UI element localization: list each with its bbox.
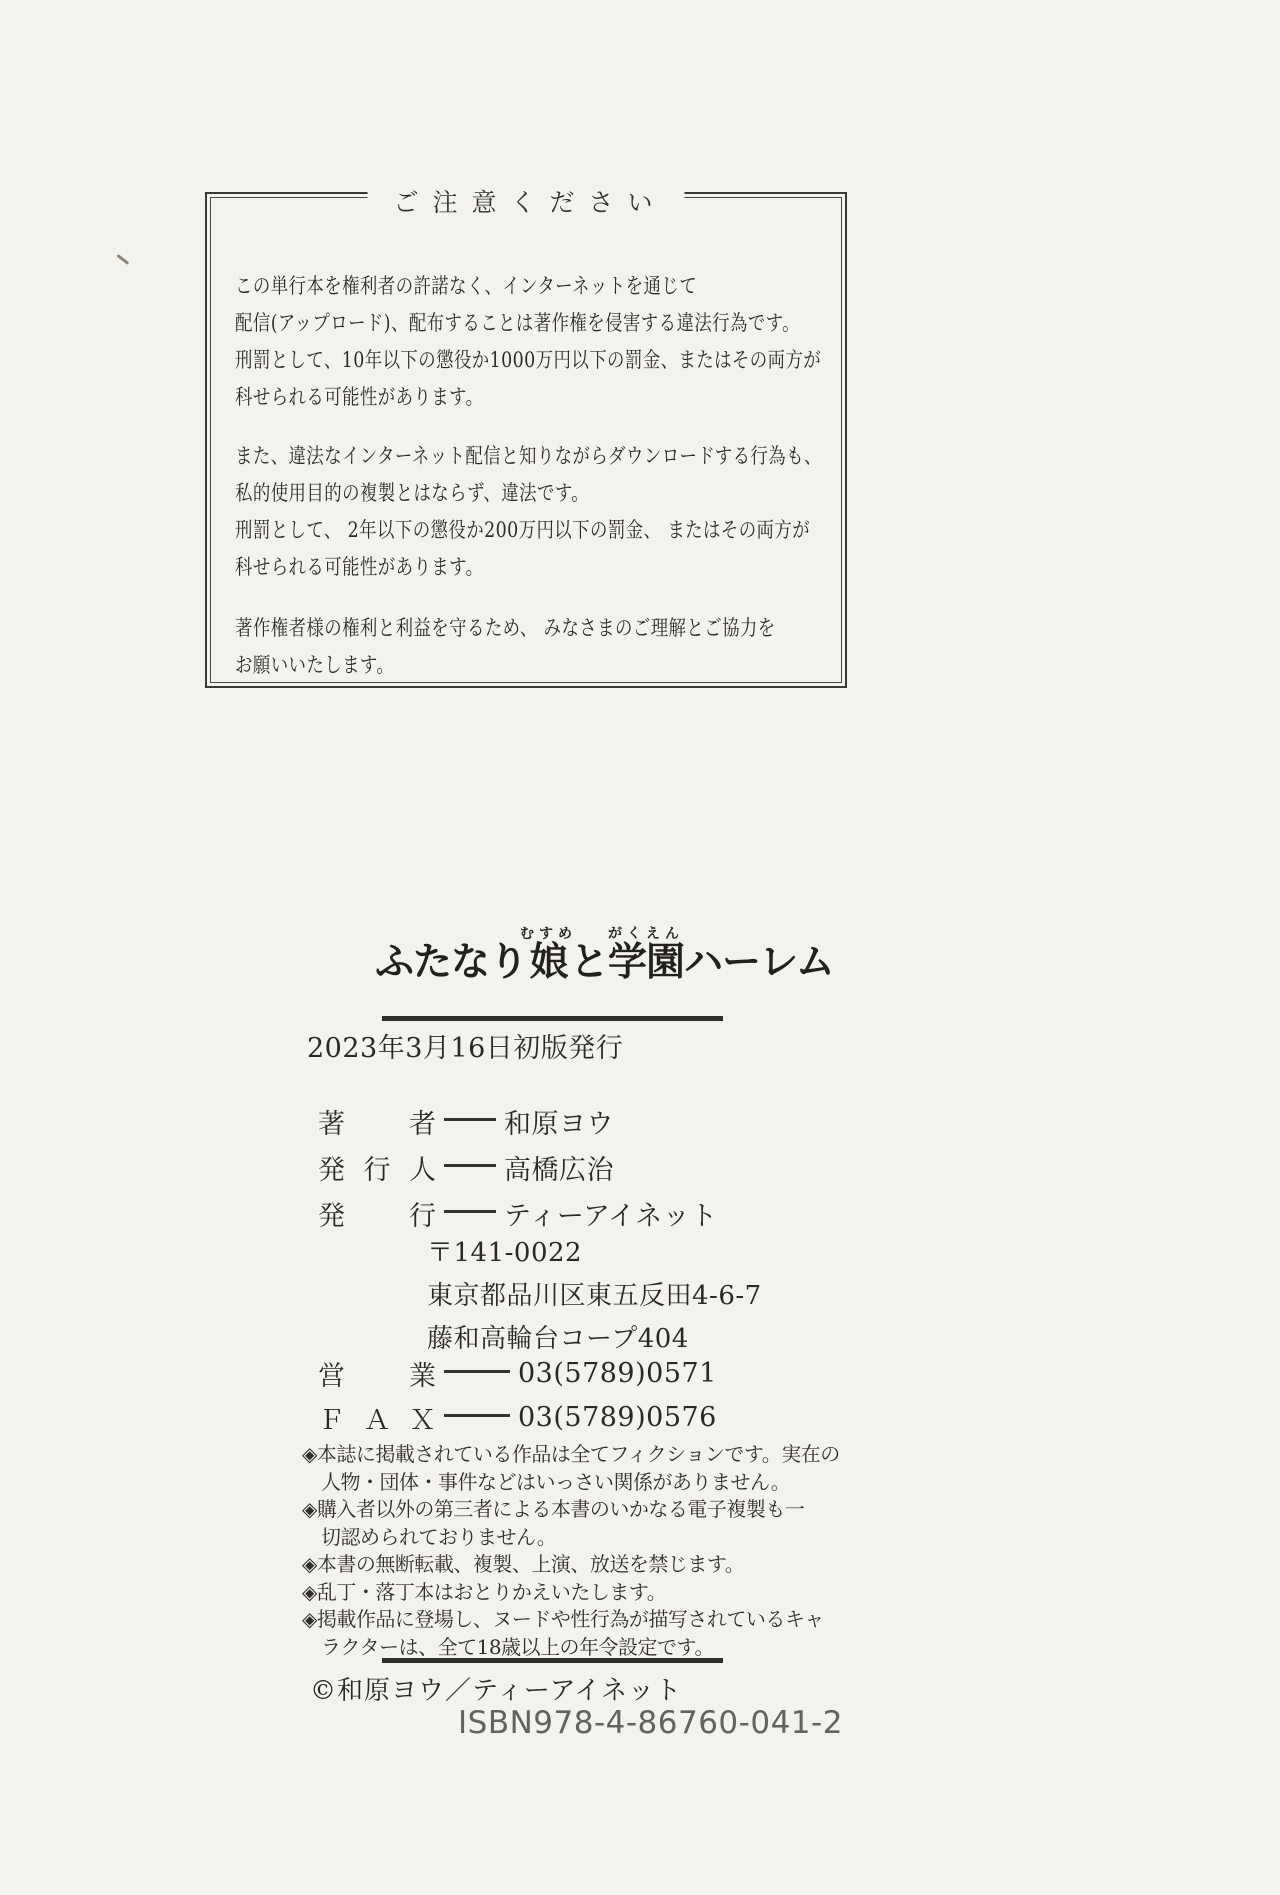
row-label: 営 業	[318, 1354, 436, 1393]
note-line: ◈購入者以外の第三者による本書のいかなる電子複製も一	[302, 1496, 840, 1524]
warning-paragraph-1: この単行本を権利者の許諾なく、インターネットを通じて 配信(アップロード)、配布…	[235, 268, 820, 416]
warning-line: 配信(アップロード)、配布することは著作権を侵害する違法行為です。	[235, 305, 820, 342]
warning-line: お願いいたします。	[235, 647, 820, 684]
title-segment-ruby: 娘むすめ	[527, 939, 570, 985]
title-divider-rule	[382, 1016, 723, 1021]
title-segment: ハーレム	[684, 939, 834, 985]
row-connector-line	[444, 1210, 496, 1213]
edition-date: 2023年3月16日初版発行	[307, 1026, 623, 1065]
warning-line: 科せられる可能性があります。	[235, 379, 820, 416]
copyright-line: ©和原ヨウ／ティーアイネット	[310, 1670, 682, 1707]
publisher-address: 〒141-0022 東京都品川区東五反田4-6-7 藤和高輪台コープ404	[427, 1232, 762, 1361]
colophon-row-publisher-person: 発行人高橋広治	[318, 1148, 718, 1194]
note-line: ◈掲載作品に登場し、ヌードや性行為が描写されているキャ	[302, 1606, 840, 1634]
note-line: 人物・団体・事件などはいっさい関係がありません。	[321, 1469, 840, 1497]
colophon-info-rows: 著 者和原ヨウ 発行人高橋広治 発 行ティーアイネット	[318, 1102, 718, 1240]
colophon-contact-rows: 営 業03(5789)0571 ＦＡＸ03(5789)0576	[318, 1354, 717, 1442]
warning-line: 私的使用目的の複製とはならず、違法です。	[235, 475, 820, 512]
footer-divider-rule	[382, 1658, 723, 1663]
postal-code: 〒141-0022	[427, 1232, 762, 1275]
row-connector-line	[444, 1164, 496, 1167]
row-label: 発 行	[318, 1194, 436, 1233]
warning-line: 科せられる可能性があります。	[235, 549, 820, 586]
furigana: がくえん	[608, 926, 684, 942]
title-segment-ruby: 学園がくえん	[608, 939, 684, 985]
warning-line: 刑罰として、10年以下の懲役か1000万円以下の罰金、またはその両方が	[235, 342, 820, 379]
warning-heading: ご注意ください	[367, 183, 684, 219]
title-segment: と	[570, 939, 608, 985]
warning-content: この単行本を権利者の許諾なく、インターネットを通じて 配信(アップロード)、配布…	[235, 268, 820, 684]
warning-line: また、違法なインターネット配信と知りながらダウンロードする行為も、	[235, 438, 820, 475]
row-value: 高橋広治	[504, 1155, 614, 1186]
colophon-row-sales: 営 業03(5789)0571	[318, 1354, 717, 1398]
address-line-1: 東京都品川区東五反田4-6-7	[427, 1275, 762, 1318]
row-label: 著 者	[318, 1102, 436, 1141]
row-value: 03(5789)0571	[518, 1358, 717, 1389]
row-value: 和原ヨウ	[504, 1109, 614, 1140]
row-value: 03(5789)0576	[518, 1402, 717, 1433]
copyright-warning-box: ご注意ください この単行本を権利者の許諾なく、インターネットを通じて 配信(アッ…	[205, 192, 847, 688]
warning-line: 刑罰として、 2年以下の懲役か200万円以下の罰金、 またはその両方が	[235, 512, 820, 549]
row-connector-line	[444, 1370, 510, 1373]
isbn: ISBN978-4-86760-041-2	[458, 1705, 843, 1741]
note-line: ラクターは、全て18歳以上の年令設定です。	[321, 1634, 840, 1662]
note-line: ◈乱丁・落丁本はおとりかえいたします。	[302, 1579, 840, 1607]
scan-stray-mark	[117, 254, 130, 265]
row-connector-line	[444, 1414, 510, 1417]
row-connector-line	[444, 1118, 496, 1121]
warning-line: 著作権者様の権利と利益を守るため、 みなさまのご理解とご協力を	[235, 610, 820, 647]
title-segment: ふたなり	[375, 939, 527, 985]
colophon-row-fax: ＦＡＸ03(5789)0576	[318, 1398, 717, 1442]
colophon-page: ご注意ください この単行本を権利者の許諾なく、インターネットを通じて 配信(アッ…	[0, 0, 1280, 1895]
colophon-row-author: 著 者和原ヨウ	[318, 1102, 718, 1148]
row-label: 発行人	[318, 1148, 436, 1187]
note-line: 切認められておりません。	[321, 1524, 840, 1552]
row-value: ティーアイネット	[504, 1201, 718, 1232]
furigana: むすめ	[520, 926, 577, 942]
warning-line: この単行本を権利者の許諾なく、インターネットを通じて	[235, 268, 820, 305]
warning-paragraph-2: また、違法なインターネット配信と知りながらダウンロードする行為も、 私的使用目的…	[235, 438, 820, 586]
book-title: ふたなり娘むすめと学園がくえんハーレム	[375, 926, 834, 987]
note-line: ◈本書の無断転載、複製、上演、放送を禁じます。	[302, 1551, 840, 1579]
row-label: ＦＡＸ	[318, 1398, 436, 1437]
warning-paragraph-3: 著作権者様の権利と利益を守るため、 みなさまのご理解とご協力を お願いいたします…	[235, 610, 820, 684]
note-line: ◈本誌に掲載されている作品は全てフィクションです。実在の	[302, 1441, 840, 1469]
legal-notes: ◈本誌に掲載されている作品は全てフィクションです。実在の 人物・団体・事件などは…	[302, 1441, 840, 1661]
